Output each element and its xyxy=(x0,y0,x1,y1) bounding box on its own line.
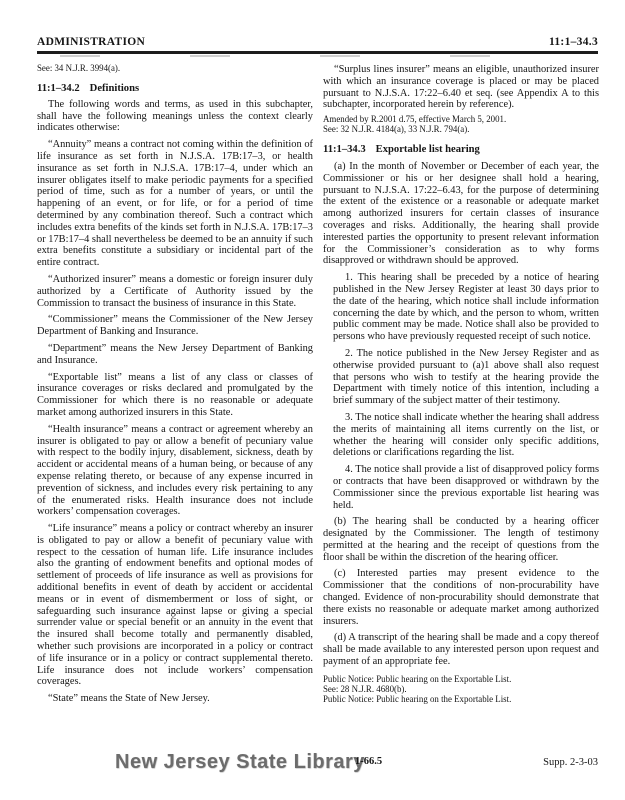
paragraph-a: (a) In the month of November or December… xyxy=(323,161,599,267)
right-column: “Surplus lines insurer” means an eligibl… xyxy=(323,60,599,705)
section-heading-34-2: 11:1–34.2Definitions xyxy=(37,83,313,95)
supplement-date: Supp. 2-3-03 xyxy=(543,757,598,768)
public-notice-line: Public Notice: Public hearing on the Exp… xyxy=(323,674,599,684)
header-rule-smudge xyxy=(60,55,565,57)
paragraph: The following words and terms, as used i… xyxy=(37,99,313,134)
library-stamp: New Jersey State Library xyxy=(115,751,365,774)
section-title: Exportable list hearing xyxy=(376,144,480,155)
page-number: 1-66.5 xyxy=(355,756,382,767)
paragraph-exportable-list: “Exportable list” means a list of any cl… xyxy=(37,372,313,419)
paragraph-health-insurance: “Health insurance” means a contract or a… xyxy=(37,424,313,518)
paragraph-commissioner: “Commissioner” means the Commissioner of… xyxy=(37,314,313,338)
public-notices: Public Notice: Public hearing on the Exp… xyxy=(323,674,599,704)
paragraph-annuity: “Annuity” means a contract not coming wi… xyxy=(37,139,313,269)
see-note: See: 28 N.J.R. 4680(b). xyxy=(323,684,599,694)
left-column: See: 34 N.J.R. 3994(a). 11:1–34.2Definit… xyxy=(37,60,313,705)
paragraph-authorized-insurer: “Authorized insurer” means a domestic or… xyxy=(37,274,313,309)
paragraph-c: (c) Interested parties may present evide… xyxy=(323,568,599,627)
paragraph-state: “State” means the State of New Jersey. xyxy=(37,693,313,705)
public-notice-line: Public Notice: Public hearing on the Exp… xyxy=(323,694,599,704)
amended-note: Amended by R.2001 d.75, effective March … xyxy=(323,114,599,124)
paragraph-a4: 4. The notice shall provide a list of di… xyxy=(333,464,599,511)
paragraph-surplus-lines-insurer: “Surplus lines insurer” means an eligibl… xyxy=(323,64,599,111)
paragraph-life-insurance: “Life insurance” means a policy or contr… xyxy=(37,523,313,688)
page-header: ADMINISTRATION 11:1–34.3 xyxy=(37,36,598,48)
paragraph-d: (d) A transcript of the hearing shall be… xyxy=(323,632,599,667)
paragraph-b: (b) The hearing shall be conducted by a … xyxy=(323,516,599,563)
header-section-ref: 11:1–34.3 xyxy=(549,36,598,48)
section-number: 11:1–34.3 xyxy=(323,144,366,155)
paragraph-a2: 2. The notice published in the New Jerse… xyxy=(333,348,599,407)
two-column-text: See: 34 N.J.R. 3994(a). 11:1–34.2Definit… xyxy=(37,60,599,705)
see-note: See: 32 N.J.R. 4184(a), 33 N.J.R. 794(a)… xyxy=(323,124,599,134)
section-number: 11:1–34.2 xyxy=(37,83,80,94)
section-title: Definitions xyxy=(90,83,139,94)
paragraph-a3: 3. The notice shall indicate whether the… xyxy=(333,412,599,459)
paragraph-department: “Department” means the New Jersey Depart… xyxy=(37,343,313,367)
header-title: ADMINISTRATION xyxy=(37,36,145,48)
see-note: See: 34 N.J.R. 3994(a). xyxy=(37,63,313,73)
header-rule xyxy=(37,51,598,54)
section-heading-34-3: 11:1–34.3Exportable list hearing xyxy=(323,144,599,156)
paragraph-a1: 1. This hearing shall be preceded by a n… xyxy=(333,272,599,343)
document-page: ADMINISTRATION 11:1–34.3 See: 34 N.J.R. … xyxy=(0,0,625,800)
